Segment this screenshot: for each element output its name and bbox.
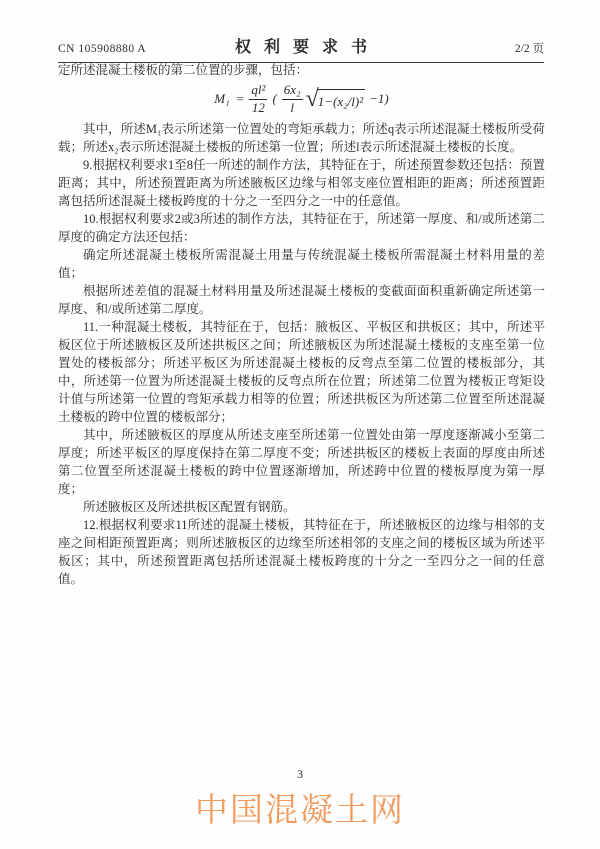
formula-square-root: √ 1−(x₂/l)² [306, 86, 366, 112]
document-page: CN 105908880 A 权利要求书 2/2 页 定所述混凝土楼板的第二位置… [0, 0, 600, 849]
patent-number: CN 105908880 A [58, 43, 208, 55]
formula-tail: −1) [369, 90, 389, 108]
claim-paragraph: 所述腋板区及所述拱板区配置有钢筋。 [58, 498, 545, 516]
claim-paragraph: 确定所述混凝土楼板所需混凝土用量与传统混凝土楼板所需混凝土材料用量的差值； [58, 246, 545, 282]
page-header: CN 105908880 A 权利要求书 2/2 页 [58, 34, 544, 63]
claim-paragraph: 其中，所述腋板区的厚度从所述支座至所述第一位置处由第一厚度逐渐减小至第二厚度；所… [58, 426, 545, 498]
claim-paragraph: 其中，所述M₁表示所述第一位置处的弯矩承载力；所述q表示所述混凝土楼板所受荷载；… [58, 120, 545, 156]
formula-lhs: M₁ [214, 90, 229, 108]
intro-paragraph: 定所述混凝土楼板的第二位置的步骤，包括： [58, 61, 545, 79]
watermark-text: 中国混凝土网 [0, 784, 600, 831]
claim-paragraph: 11.一种混凝土楼板，其特征在于，包括：腋板区、平板区和拱板区；其中，所述平板区… [58, 318, 545, 426]
claim-paragraph: 根据所述差值的混凝土材料用量及所述混凝土楼板的变截面面积重新确定所述第一厚度、和… [58, 282, 545, 318]
document-title: 权利要求书 [208, 34, 394, 57]
formula-coefficient-fraction: ql² 12 [249, 83, 267, 116]
moment-formula: M₁ = ql² 12 ( 6x₂ l √ 1−(x₂/l)² −1) [58, 80, 545, 118]
page-number: 3 [0, 767, 600, 782]
claims-paragraph-list: 其中，所述M₁表示所述第一位置处的弯矩承载力；所述q表示所述混凝土楼板所受荷载；… [58, 120, 545, 588]
sheet-page-indicator: 2/2 页 [394, 40, 544, 56]
claim-paragraph: 12.根据权利要求11所述的混凝土楼板，其特征在于，所述腋板区的边缘与相邻的支座… [58, 516, 545, 588]
claim-paragraph: 9.根据权利要求1至8任一所述的制作方法，其特征在于，所述预置参数还包括：预置距… [58, 156, 545, 210]
formula-equals: = [236, 90, 245, 108]
formula-inner-fraction: 6x₂ l [282, 83, 303, 116]
claims-body: 定所述混凝土楼板的第二位置的步骤，包括： M₁ = ql² 12 ( 6x₂ l… [58, 61, 545, 588]
formula-open-paren: ( [272, 90, 276, 108]
claim-paragraph: 10.根据权利要求2或3所述的制作方法，其特征在于，所述第一厚度、和/或所述第二… [58, 210, 545, 246]
radicand: 1−(x₂/l)² [317, 89, 365, 111]
